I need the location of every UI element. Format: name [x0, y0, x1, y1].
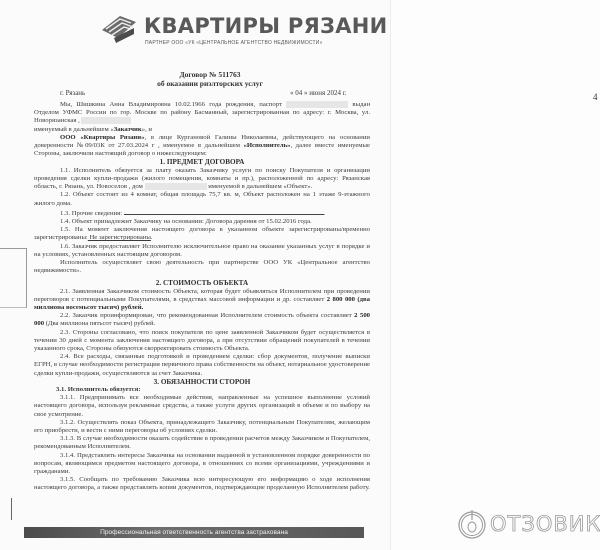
clause-3-1-1: 3.1.1. Предпринимать все необходимые дей…	[34, 394, 370, 419]
scan-edge-artifact	[0, 248, 27, 308]
clause-1-6: 1.6. Заказчик предоставляет Исполнителю …	[34, 243, 370, 259]
clause-3-1-3: 3.1.3. В случае необходимости оказать со…	[34, 435, 370, 451]
preamble-client: Мы, Шишкина Анна Владимировна 10.02.1966…	[34, 101, 370, 134]
contract-subtitle: об оказании риэлторских услуг	[60, 79, 360, 88]
brand-name: КВАРТИРЫ РЯЗАНИ	[144, 14, 388, 38]
clause-1-1: 1.1. Исполнитель обязуется за плату оказ…	[34, 167, 370, 192]
redacted-house-number	[145, 183, 207, 190]
contract-title: Договор № 511763	[60, 70, 360, 79]
blank-fill-line	[124, 208, 324, 215]
clause-2-2: 2.2. Заказчик проинформирован, что реком…	[34, 312, 370, 328]
contract-date: « 04 » июня 2024 г.	[290, 89, 347, 97]
clause-3-1-5: 3.1.5. Сообщать по требованию Заказчика …	[34, 476, 370, 492]
side-page-number: 4	[593, 92, 598, 102]
redacted-passport	[286, 101, 348, 108]
watermark-text: ОТЗОВИК	[490, 512, 600, 536]
house-stack-icon	[100, 14, 138, 44]
clause-3-1-2: 3.1.2. Осуществлять показ Объекта, прина…	[34, 419, 370, 435]
clause-2-1: 2.1. Заявленная Заказчиком стоимость Объ…	[34, 288, 370, 313]
contract-city: г. Рязань	[60, 89, 85, 97]
clause-1-4: 1.4. Объект принадлежит Заказчику на осн…	[34, 218, 370, 226]
contract-body: Мы, Шишкина Анна Владимировна 10.02.1966…	[34, 101, 370, 493]
section-2-heading: 2. СТОИМОСТЬ ОБЪЕКТА	[34, 279, 370, 287]
clause-2-3: 2.3. Стороны согласовано, что поиск поку…	[34, 329, 370, 354]
scan-edge-mark	[11, 498, 12, 520]
clause-1-3: 1.3. Прочие сведения: .	[34, 208, 370, 218]
clause-1-5: 1.5. На момент заключения настоящего дог…	[34, 226, 370, 242]
insurance-banner: Профессиональная ответственность агентст…	[24, 527, 364, 538]
clause-1-7: Исполнитель осуществляет свою деятельнос…	[34, 259, 370, 275]
contract-page: КВАРТИРЫ РЯЗАНИ ПАРТНЕР ООО «УК «ЦЕНТРАЛ…	[0, 0, 391, 550]
section-1-heading: 1. ПРЕДМЕТ ДОГОВОРА	[34, 158, 370, 166]
brand-tagline: ПАРТНЕР ООО «УК «ЦЕНТРАЛЬНОЕ АГЕНТСТВО Н…	[145, 40, 323, 46]
section-3-heading: 3. ОБЯЗАННОСТИ СТОРОН	[34, 378, 370, 386]
preamble-executor: ООО «Квартиры Рязани», в лице Кургановой…	[34, 134, 370, 159]
otzovik-watermark: ОТЗОВИК	[456, 508, 596, 540]
clause-2-4: 2.4. Все расходы, связанные подготовкой …	[34, 353, 370, 378]
clause-3-1-4: 3.1.4. Представлять интересы Заказчика н…	[34, 452, 370, 477]
clause-1-2: 1.2. Объект состоит из 4 комнат, общая п…	[34, 191, 370, 207]
section-3-1-heading: 3.1. Исполнитель обязуется:	[34, 386, 370, 394]
redacted-address	[81, 117, 131, 124]
power-circle-icon	[456, 508, 488, 540]
